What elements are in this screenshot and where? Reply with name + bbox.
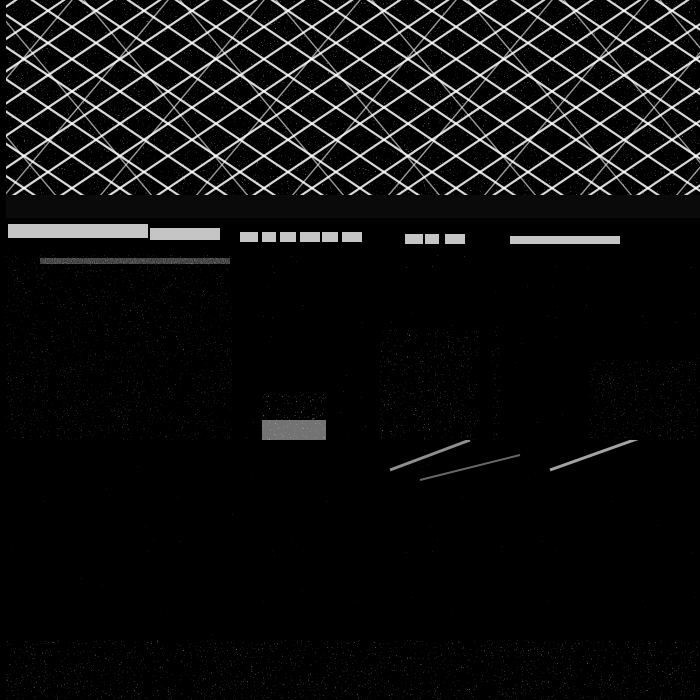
photo-scene: Heavily dithered black-and-white photogr… [0,0,700,700]
gallery-beam [0,195,700,264]
dithered-photo [0,0,700,700]
lattice-roof [0,0,700,215]
floor [0,420,700,700]
